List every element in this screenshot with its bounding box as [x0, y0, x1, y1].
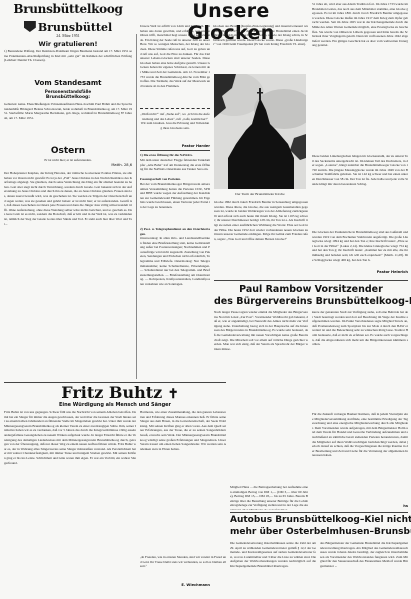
glocken-body-col3: 51 Jahre alt, wird aber aus Altem Tradit… [312, 2, 408, 152]
buhtz-subtitle: Eine Würdigung als Mensch und Sänger [4, 402, 226, 408]
masthead-title-line1: Brunsbüttelkoog [4, 2, 132, 16]
autobus-body-2: des Bürgermeister der Gemeinde Brunsbütt… [320, 541, 408, 597]
glocken-body-left: Unsere Welt ist erfüllt von Lärm und Ger… [140, 24, 210, 106]
ostern-body: Der Hohepriester Kaiphas, der König Hero… [4, 171, 132, 379]
section-divider [140, 150, 210, 151]
section-divider [230, 512, 408, 513]
rambow-heading-line2: des Bürgervereins Brunsbüttelkoog-Nord [214, 296, 408, 307]
rambow-body-1: Nach langer Pause tagten wieder einmal d… [214, 310, 308, 380]
glocken-body-under-photo: Glocke 1862 durch Jakob Friedrich Bentle… [214, 200, 308, 272]
buhtz-title: Fritz Buhtz [61, 383, 162, 402]
buhtz-body-2: Harmonie, wie einer Zusammenklang, die d… [140, 410, 226, 550]
latin-cross-icon: ✝ [168, 387, 179, 402]
gratulieren-body: 1) Bestandene Prüfung. Der Dentisten-Pra… [4, 49, 132, 71]
rambow-heading-line1: Paul Rambow Vorsitzender [214, 284, 408, 295]
post-body: Ostersonntag: In allen Orts- und Landzus… [140, 236, 210, 379]
glocken-body-col3c: Die Glocken der Pauluskirche in Brunsbüt… [312, 230, 408, 270]
nawag-body: Mit dem unter deutscher Flagge fahrenden… [140, 158, 210, 176]
buhtz-body-1: Fritz Buhtz ist von uns gegangen. Schwer… [4, 410, 136, 599]
glocken-poem: „Weiß nicht?“ rief „Siehe auf“, wo „Ich … [140, 112, 210, 144]
ostern-quote-ref: Matth. 28,6 [4, 163, 132, 167]
section-divider [214, 280, 408, 281]
glocken-signature: Pastor Harder [140, 144, 210, 148]
buhtz-poem: „In Freuden, wie in ernsten Stunden, sin… [140, 555, 226, 577]
glocken-body-right: Glocken aus Bronze (Kupfer-Zinn-Legierun… [213, 24, 308, 54]
autobus-body-1: Die Gemeindevertretung Osterbelmhusen se… [230, 541, 316, 597]
coat-of-arms-icon [24, 21, 36, 32]
standesamt-place: Brunsbüttelkoog: [4, 95, 132, 100]
issue-date: 24. März 1951 [4, 33, 132, 38]
buhtz-signature: E. Wiechmann [140, 583, 210, 587]
autobus-heading-line1: Autobus Brunsbüttelkoog–Kiel nicht [230, 515, 408, 525]
section-divider [140, 108, 210, 109]
buhtz-heading: Fritz Buhtz ✝ [60, 383, 180, 402]
standesamt-subtitle: Personenstandsfälle [4, 89, 132, 94]
column-divider [136, 34, 137, 379]
rambow-body-3: Für die Zukunft verlangte Bauherr Reimer… [312, 412, 408, 505]
ostern-heading: Ostern [4, 146, 132, 156]
church-tower-image [214, 74, 306, 189]
rambow-signature: hs [312, 504, 408, 508]
photo-caption: Der Turm der Brunsbütteler Kirche [214, 192, 306, 196]
post-heading: 2) Post- u. Telegraphendienst an den Ost… [140, 227, 210, 236]
rambow-body-4: Mitglied Hans ... die Beitragserhebung b… [230, 485, 308, 510]
masthead: Brunsbüttelkoog Brunsbüttel [4, 2, 132, 35]
autobus-heading-line2: mehr über Osterbelmhusen–Brunsbüttel? [230, 527, 408, 537]
rambow-body-2: kurze der genannten Stadt zur Verfügung … [312, 310, 408, 410]
glocken-body-col3b: Diese beiden Lüneburgischen hängen im Gl… [312, 154, 408, 229]
glocken-signature-2: Pastor Heinrich [312, 270, 408, 274]
standesamt-heading: Vom Standesamt [4, 79, 132, 87]
gratulieren-heading: Wir gratulieren! [4, 40, 132, 48]
church-tower-photo [214, 74, 306, 189]
parteien-body: Bei der vom Brunsbüttelkooger Bürgervere… [140, 182, 210, 226]
standesamt-body: Geburten: keine. Eheschließungen: Prinze… [4, 102, 132, 144]
newspaper-page: Brunsbüttelkoog Brunsbüttel 24. März 195… [0, 0, 411, 599]
